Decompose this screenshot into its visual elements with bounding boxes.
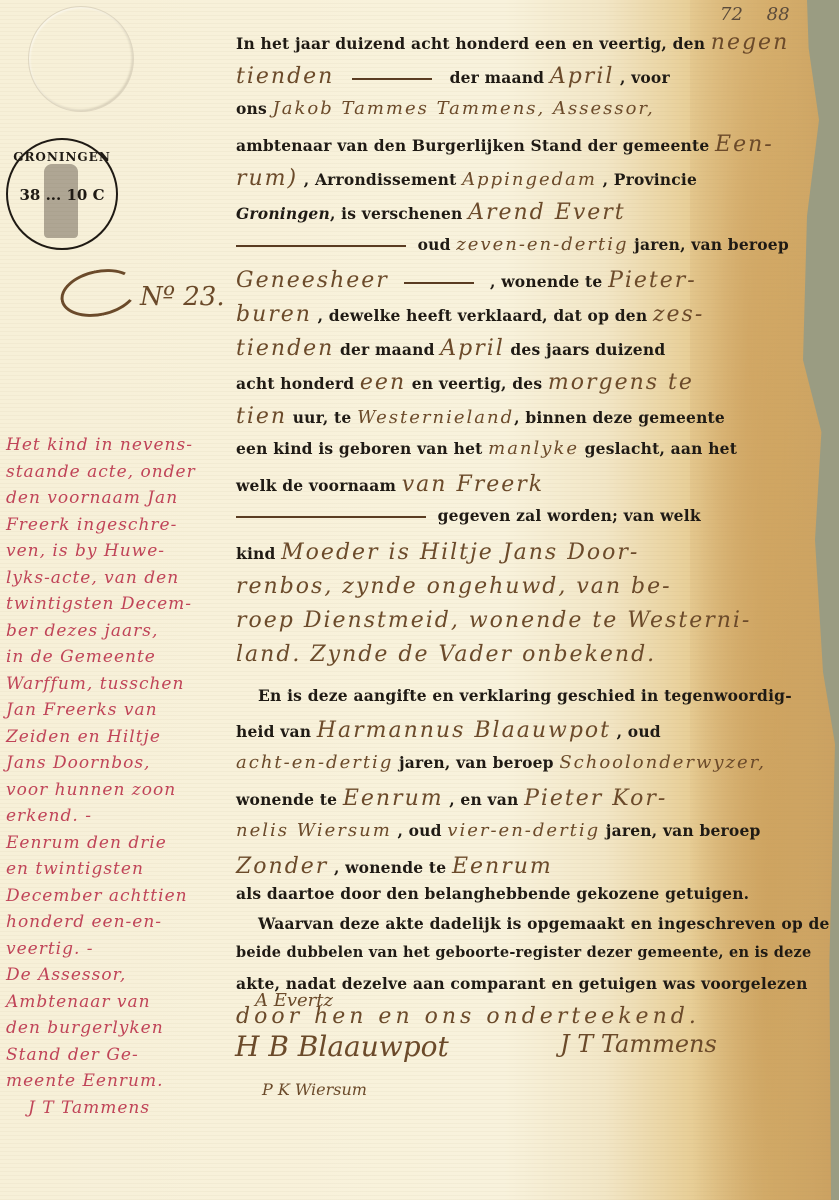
body-line-5: rum) , Arrondissement Appingedam , Provi… <box>236 166 697 191</box>
groningen-stamp: GRONINGEN 38 ... 10 C <box>6 138 118 250</box>
body-line-19: land. Zynde de Vader onbekend. <box>236 642 656 667</box>
margin-annotation: Het kind in nevens- staande acte, onder … <box>6 432 231 1121</box>
closing-line-1: Waarvan deze akte dadelijk is opgemaakt … <box>258 914 830 933</box>
body-line-7: oud zeven-en-dertig jaren, van beroep <box>236 234 789 255</box>
body-line-15: gegeven zal worden; van welk <box>236 506 701 525</box>
closing-line-2: beide dubbelen van het geboorte-register… <box>236 944 811 961</box>
body-line-4: ambtenaar van den Burgerlijken Stand der… <box>236 132 774 157</box>
body-line-16: kind Moeder is Hiltje Jans Door- <box>236 540 639 565</box>
witness-line-4: wonende te Eenrum , en van Pieter Kor- <box>236 786 667 811</box>
witness-line-5: nelis Wiersum , oud vier-en-dertig jaren… <box>236 820 761 841</box>
body-line-18: roep Dienstmeid, wonende te Westerni- <box>236 608 751 633</box>
embossed-seal <box>28 6 134 112</box>
torn-edge <box>759 0 839 1200</box>
body-line-12: tien uur, te Westernieland, binnen deze … <box>236 404 725 429</box>
body-line-9: buren , dewelke heeft verklaard, dat op … <box>236 302 704 327</box>
body-line-3: ons Jakob Tammes Tammens, Assessor, <box>236 98 655 119</box>
body-line-6: Groningen, is verschenen Arend Evert <box>236 200 626 225</box>
witness-line-3: acht-en-dertig jaren, van beroep Schoolo… <box>236 752 766 773</box>
signature-registrar: J T Tammens <box>560 1030 717 1058</box>
page-number: 72 88 <box>720 4 790 25</box>
body-line-11: acht honderd een en veertig, des morgens… <box>236 370 694 395</box>
stamp-top-text: GRONINGEN <box>8 150 116 164</box>
document-page: GRONINGEN 38 ... 10 C 72 88 Nº 23. In he… <box>0 0 839 1200</box>
stamp-middle-text: 38 ... 10 C <box>8 186 116 204</box>
signature-declarant: A Evertz <box>255 990 333 1011</box>
signature-witness2: P K Wiersum <box>262 1080 367 1099</box>
body-line-10: tienden der maand April des jaars duizen… <box>236 336 665 361</box>
body-line-8: Geneesheer , wonende te Pieter- <box>236 268 697 293</box>
body-line-14: welk de voornaam van Freerk <box>236 472 544 497</box>
body-line-17: renbos, zynde ongehuwd, van be- <box>236 574 672 599</box>
signature-witness1: H B Blaauwpot <box>235 1030 449 1063</box>
body-line-13: een kind is geboren van het manlyke gesl… <box>236 438 737 459</box>
body-line-2: tienden der maand April , voor <box>236 64 670 89</box>
witness-line-6: Zonder , wonende te Eenrum <box>236 854 553 879</box>
body-line-1: In het jaar duizend acht honderd een en … <box>236 30 789 55</box>
witness-line-1: En is deze aangifte en verklaring geschi… <box>258 686 792 705</box>
witness-line-2: heid van Harmannus Blaauwpot , oud <box>236 718 661 743</box>
flourish-icon <box>56 262 142 323</box>
witness-line-7: als daartoe door den belanghebbende geko… <box>236 884 749 903</box>
